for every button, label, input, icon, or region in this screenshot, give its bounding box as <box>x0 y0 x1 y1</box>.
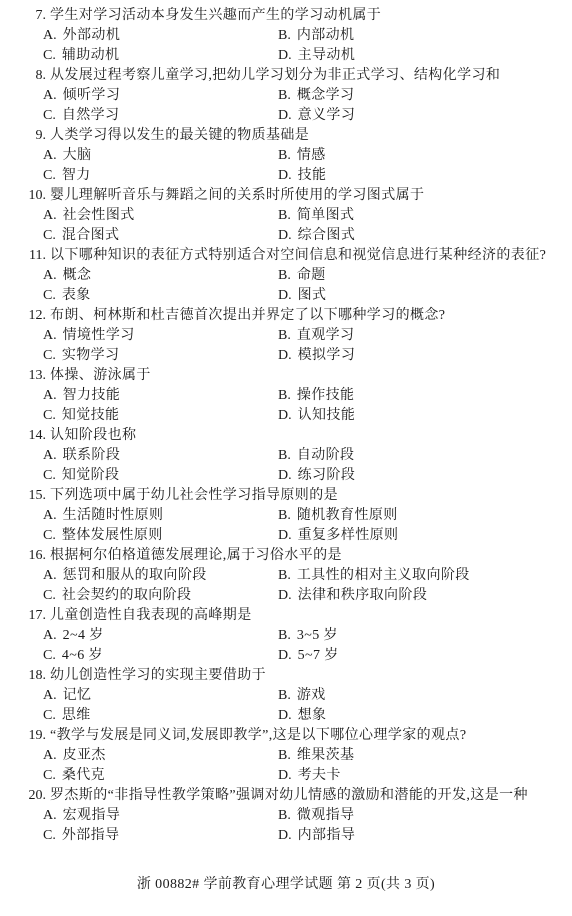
option-d-text: 练习阶段 <box>298 468 356 483</box>
option-c: C.4~6 岁 <box>43 646 278 666</box>
option-c: C.整体发展性原则 <box>43 526 278 546</box>
option-b-label: B. <box>278 508 291 523</box>
option-b: B.情感 <box>278 146 572 166</box>
option-a: A.联系阶段 <box>43 446 278 466</box>
question-text: 人类学习得以发生的最关键的物质基础是 <box>50 128 309 143</box>
option-a: A.生活随时性原则 <box>43 506 278 526</box>
option-b: B.维果茨基 <box>278 746 572 766</box>
option-d-text: 法律和秩序取向阶段 <box>298 588 428 603</box>
question-item: 11.以下哪种知识的表征方式特别适合对空间信息和视觉信息进行某种经济的表征? A… <box>0 246 572 306</box>
option-a-text: 情境性学习 <box>63 328 135 343</box>
question-item: 19.“教学与发展是同义词,发展即教学”,这是以下哪位心理学家的观点? A.皮亚… <box>0 726 572 786</box>
option-d: D.练习阶段 <box>278 466 572 486</box>
question-stem: 12.布朗、柯林斯和杜吉德首次提出并界定了以下哪种学习的概念? <box>0 306 572 326</box>
option-b-label: B. <box>278 568 291 583</box>
option-a-label: A. <box>43 508 57 523</box>
option-d-label: D. <box>278 348 292 363</box>
option-b: B.概念学习 <box>278 86 572 106</box>
question-stem: 18.幼儿创造性学习的实现主要借助于 <box>0 666 572 686</box>
option-b-text: 命题 <box>297 268 326 283</box>
option-d-text: 考夫卡 <box>298 768 341 783</box>
option-b: B.随机教育性原则 <box>278 506 572 526</box>
option-d: D.想象 <box>278 706 572 726</box>
question-number: 14. <box>0 426 46 446</box>
question-stem: 14.认知阶段也称 <box>0 426 572 446</box>
question-text: 从发展过程考察儿童学习,把幼儿学习划分为非正式学习、结构化学习和 <box>50 68 500 83</box>
option-b-text: 随机教育性原则 <box>297 508 398 523</box>
question-stem: 11.以下哪种知识的表征方式特别适合对空间信息和视觉信息进行某种经济的表征? <box>0 246 572 266</box>
option-grid: A.记忆 B.游戏 C.思维 D.想象 <box>43 686 572 726</box>
option-b-text: 微观指导 <box>297 808 355 823</box>
option-d-text: 主导动机 <box>298 48 356 63</box>
option-a-text: 2~4 岁 <box>63 628 104 643</box>
option-grid: A.宏观指导 B.微观指导 C.外部指导 D.内部指导 <box>43 806 572 846</box>
question-number: 8. <box>0 66 46 86</box>
question-text: 儿童创造性自我表现的高峰期是 <box>50 608 252 623</box>
option-d-label: D. <box>278 288 292 303</box>
option-a-text: 联系阶段 <box>63 448 121 463</box>
option-a: A.情境性学习 <box>43 326 278 346</box>
option-d-label: D. <box>278 648 292 663</box>
question-text: 罗杰斯的“非指导性教学策略”强调对幼儿情感的激励和潜能的开发,这是一种 <box>50 788 528 803</box>
option-c-text: 整体发展性原则 <box>62 528 163 543</box>
option-b-label: B. <box>278 808 291 823</box>
option-grid: A.生活随时性原则 B.随机教育性原则 C.整体发展性原则 D.重复多样性原则 <box>43 506 572 546</box>
option-b-label: B. <box>278 88 291 103</box>
option-grid: A.大脑 B.情感 C.智力 D.技能 <box>43 146 572 186</box>
question-text: 下列选项中属于幼儿社会性学习指导原则的是 <box>50 488 338 503</box>
question-number: 16. <box>0 546 46 566</box>
option-c-text: 外部指导 <box>62 828 120 843</box>
question-item: 18.幼儿创造性学习的实现主要借助于 A.记忆 B.游戏 C.思维 D.想象 <box>0 666 572 726</box>
option-a: A.宏观指导 <box>43 806 278 826</box>
question-stem: 16.根据柯尔伯格道德发展理论,属于习俗水平的是 <box>0 546 572 566</box>
option-a-label: A. <box>43 148 57 163</box>
option-grid: A.2~4 岁 B.3~5 岁 C.4~6 岁 D.5~7 岁 <box>43 626 572 666</box>
question-text: 以下哪种知识的表征方式特别适合对空间信息和视觉信息进行某种经济的表征? <box>50 248 546 263</box>
option-grid: A.社会性图式 B.简单图式 C.混合图式 D.综合图式 <box>43 206 572 246</box>
option-d-label: D. <box>278 528 292 543</box>
question-text: 体操、游泳属于 <box>50 368 151 383</box>
option-b-label: B. <box>278 148 291 163</box>
option-a: A.记忆 <box>43 686 278 706</box>
option-a-text: 社会性图式 <box>63 208 135 223</box>
option-d: D.内部指导 <box>278 826 572 846</box>
option-a-text: 记忆 <box>63 688 92 703</box>
option-b-text: 直观学习 <box>297 328 355 343</box>
option-a: A.智力技能 <box>43 386 278 406</box>
question-text: 布朗、柯林斯和杜吉德首次提出并界定了以下哪种学习的概念? <box>50 308 445 323</box>
exam-page: 7.学生对学习活动本身发生兴趣而产生的学习动机属于 A.外部动机 B.内部动机 … <box>0 0 572 916</box>
option-b: B.自动阶段 <box>278 446 572 466</box>
option-b: B.简单图式 <box>278 206 572 226</box>
option-d-label: D. <box>278 768 292 783</box>
option-c-text: 智力 <box>62 168 91 183</box>
option-a-label: A. <box>43 628 57 643</box>
option-b-text: 3~5 岁 <box>297 628 338 643</box>
question-number: 10. <box>0 186 46 206</box>
option-b-text: 内部动机 <box>297 28 355 43</box>
option-c: C.知觉阶段 <box>43 466 278 486</box>
option-b-label: B. <box>278 268 291 283</box>
option-grid: A.惩罚和服从的取向阶段 B.工具性的相对主义取向阶段 C.社会契约的取向阶段 … <box>43 566 572 606</box>
option-b-label: B. <box>278 448 291 463</box>
question-number: 18. <box>0 666 46 686</box>
option-a-text: 外部动机 <box>63 28 121 43</box>
option-a: A.倾听学习 <box>43 86 278 106</box>
option-a-text: 生活随时性原则 <box>63 508 164 523</box>
option-a-text: 惩罚和服从的取向阶段 <box>63 568 207 583</box>
option-c-label: C. <box>43 468 56 483</box>
option-a-text: 概念 <box>63 268 92 283</box>
option-a-label: A. <box>43 268 57 283</box>
option-d: D.综合图式 <box>278 226 572 246</box>
option-c-label: C. <box>43 408 56 423</box>
option-grid: A.情境性学习 B.直观学习 C.实物学习 D.模拟学习 <box>43 326 572 366</box>
question-item: 15.下列选项中属于幼儿社会性学习指导原则的是 A.生活随时性原则 B.随机教育… <box>0 486 572 546</box>
option-c: C.混合图式 <box>43 226 278 246</box>
option-c: C.知觉技能 <box>43 406 278 426</box>
option-c: C.桑代克 <box>43 766 278 786</box>
option-c-text: 思维 <box>62 708 91 723</box>
option-d-text: 模拟学习 <box>298 348 356 363</box>
option-c-label: C. <box>43 108 56 123</box>
option-c-label: C. <box>43 588 56 603</box>
option-d-label: D. <box>278 468 292 483</box>
question-text: “教学与发展是同义词,发展即教学”,这是以下哪位心理学家的观点? <box>50 728 466 743</box>
question-stem: 13.体操、游泳属于 <box>0 366 572 386</box>
question-number: 12. <box>0 306 46 326</box>
question-number: 9. <box>0 126 46 146</box>
option-d-label: D. <box>278 828 292 843</box>
option-d-label: D. <box>278 228 292 243</box>
option-d-label: D. <box>278 48 292 63</box>
option-b: B.直观学习 <box>278 326 572 346</box>
option-d: D.5~7 岁 <box>278 646 572 666</box>
option-a: A.社会性图式 <box>43 206 278 226</box>
option-a-text: 皮亚杰 <box>63 748 106 763</box>
option-d: D.法律和秩序取向阶段 <box>278 586 572 606</box>
question-item: 12.布朗、柯林斯和杜吉德首次提出并界定了以下哪种学习的概念? A.情境性学习 … <box>0 306 572 366</box>
question-text: 认知阶段也称 <box>50 428 136 443</box>
option-c-text: 4~6 岁 <box>62 648 103 663</box>
option-d-label: D. <box>278 408 292 423</box>
option-a: A.皮亚杰 <box>43 746 278 766</box>
option-b-text: 游戏 <box>297 688 326 703</box>
option-c-text: 知觉阶段 <box>62 468 120 483</box>
question-number: 20. <box>0 786 46 806</box>
option-c: C.外部指导 <box>43 826 278 846</box>
question-stem: 15.下列选项中属于幼儿社会性学习指导原则的是 <box>0 486 572 506</box>
option-d-text: 认知技能 <box>298 408 356 423</box>
question-stem: 20.罗杰斯的“非指导性教学策略”强调对幼儿情感的激励和潜能的开发,这是一种 <box>0 786 572 806</box>
question-stem: 17.儿童创造性自我表现的高峰期是 <box>0 606 572 626</box>
option-b-label: B. <box>278 388 291 403</box>
question-text: 学生对学习活动本身发生兴趣而产生的学习动机属于 <box>50 8 381 23</box>
option-c-label: C. <box>43 228 56 243</box>
option-b: B.工具性的相对主义取向阶段 <box>278 566 572 586</box>
option-grid: A.概念 B.命题 C.表象 D.图式 <box>43 266 572 306</box>
question-number: 11. <box>0 246 46 266</box>
question-stem: 7.学生对学习活动本身发生兴趣而产生的学习动机属于 <box>0 6 572 26</box>
option-a-text: 宏观指导 <box>63 808 121 823</box>
option-d-label: D. <box>278 168 292 183</box>
option-d-text: 5~7 岁 <box>298 648 339 663</box>
option-c-label: C. <box>43 768 56 783</box>
option-a-label: A. <box>43 28 57 43</box>
question-item: 13.体操、游泳属于 A.智力技能 B.操作技能 C.知觉技能 D.认知技能 <box>0 366 572 426</box>
question-item: 10.婴儿理解听音乐与舞蹈之间的关系时所使用的学习图式属于 A.社会性图式 B.… <box>0 186 572 246</box>
option-d-text: 重复多样性原则 <box>298 528 399 543</box>
option-b-text: 操作技能 <box>297 388 355 403</box>
option-c-label: C. <box>43 168 56 183</box>
option-c-label: C. <box>43 828 56 843</box>
option-a-label: A. <box>43 688 57 703</box>
question-item: 7.学生对学习活动本身发生兴趣而产生的学习动机属于 A.外部动机 B.内部动机 … <box>0 6 572 66</box>
option-d-text: 综合图式 <box>298 228 356 243</box>
option-b: B.3~5 岁 <box>278 626 572 646</box>
option-c-label: C. <box>43 288 56 303</box>
option-a: A.惩罚和服从的取向阶段 <box>43 566 278 586</box>
option-b-label: B. <box>278 628 291 643</box>
option-c-text: 混合图式 <box>62 228 120 243</box>
option-b-label: B. <box>278 28 291 43</box>
option-a-label: A. <box>43 388 57 403</box>
option-c-text: 表象 <box>62 288 91 303</box>
option-d: D.模拟学习 <box>278 346 572 366</box>
option-b-label: B. <box>278 208 291 223</box>
question-stem: 9.人类学习得以发生的最关键的物质基础是 <box>0 126 572 146</box>
option-b-text: 自动阶段 <box>297 448 355 463</box>
question-number: 19. <box>0 726 46 746</box>
option-d-text: 技能 <box>298 168 327 183</box>
option-a: A.2~4 岁 <box>43 626 278 646</box>
option-b-text: 情感 <box>297 148 326 163</box>
option-c: C.社会契约的取向阶段 <box>43 586 278 606</box>
option-c-text: 实物学习 <box>62 348 120 363</box>
option-a: A.外部动机 <box>43 26 278 46</box>
option-c-text: 自然学习 <box>62 108 120 123</box>
question-number: 17. <box>0 606 46 626</box>
option-b-text: 简单图式 <box>297 208 355 223</box>
question-number: 15. <box>0 486 46 506</box>
option-c-label: C. <box>43 348 56 363</box>
option-d: D.认知技能 <box>278 406 572 426</box>
option-c: C.自然学习 <box>43 106 278 126</box>
option-d-label: D. <box>278 588 292 603</box>
option-a-label: A. <box>43 88 57 103</box>
option-c-text: 知觉技能 <box>62 408 120 423</box>
option-b-text: 概念学习 <box>297 88 355 103</box>
option-a-text: 倾听学习 <box>63 88 121 103</box>
option-a-label: A. <box>43 808 57 823</box>
option-c-label: C. <box>43 48 56 63</box>
question-item: 20.罗杰斯的“非指导性教学策略”强调对幼儿情感的激励和潜能的开发,这是一种 A… <box>0 786 572 846</box>
question-item: 8.从发展过程考察儿童学习,把幼儿学习划分为非正式学习、结构化学习和 A.倾听学… <box>0 66 572 126</box>
option-d: D.主导动机 <box>278 46 572 66</box>
option-a-label: A. <box>43 448 57 463</box>
option-d: D.考夫卡 <box>278 766 572 786</box>
option-c-label: C. <box>43 528 56 543</box>
option-c: C.辅助动机 <box>43 46 278 66</box>
option-a-label: A. <box>43 328 57 343</box>
option-a: A.大脑 <box>43 146 278 166</box>
option-b-label: B. <box>278 748 291 763</box>
option-d: D.意义学习 <box>278 106 572 126</box>
option-c: C.实物学习 <box>43 346 278 366</box>
option-c-label: C. <box>43 708 56 723</box>
question-item: 16.根据柯尔伯格道德发展理论,属于习俗水平的是 A.惩罚和服从的取向阶段 B.… <box>0 546 572 606</box>
option-d-text: 意义学习 <box>298 108 356 123</box>
option-d: D.图式 <box>278 286 572 306</box>
option-c-text: 辅助动机 <box>62 48 120 63</box>
option-b: B.内部动机 <box>278 26 572 46</box>
option-a-label: A. <box>43 208 57 223</box>
option-c: C.思维 <box>43 706 278 726</box>
question-item: 17.儿童创造性自我表现的高峰期是 A.2~4 岁 B.3~5 岁 C.4~6 … <box>0 606 572 666</box>
option-b-label: B. <box>278 688 291 703</box>
option-a-text: 大脑 <box>63 148 92 163</box>
option-a: A.概念 <box>43 266 278 286</box>
option-b-label: B. <box>278 328 291 343</box>
option-grid: A.倾听学习 B.概念学习 C.自然学习 D.意义学习 <box>43 86 572 126</box>
option-c-text: 社会契约的取向阶段 <box>62 588 192 603</box>
question-text: 婴儿理解听音乐与舞蹈之间的关系时所使用的学习图式属于 <box>50 188 424 203</box>
question-number: 13. <box>0 366 46 386</box>
option-c-label: C. <box>43 648 56 663</box>
option-b-text: 维果茨基 <box>297 748 355 763</box>
option-d: D.重复多样性原则 <box>278 526 572 546</box>
option-d: D.技能 <box>278 166 572 186</box>
option-a-label: A. <box>43 568 57 583</box>
option-b: B.操作技能 <box>278 386 572 406</box>
option-grid: A.皮亚杰 B.维果茨基 C.桑代克 D.考夫卡 <box>43 746 572 786</box>
question-item: 9.人类学习得以发生的最关键的物质基础是 A.大脑 B.情感 C.智力 D.技能 <box>0 126 572 186</box>
option-grid: A.智力技能 B.操作技能 C.知觉技能 D.认知技能 <box>43 386 572 426</box>
option-d-text: 图式 <box>298 288 327 303</box>
option-grid: A.联系阶段 B.自动阶段 C.知觉阶段 D.练习阶段 <box>43 446 572 486</box>
option-b: B.命题 <box>278 266 572 286</box>
question-item: 14.认知阶段也称 A.联系阶段 B.自动阶段 C.知觉阶段 D.练习阶段 <box>0 426 572 486</box>
question-number: 7. <box>0 6 46 26</box>
option-d-label: D. <box>278 108 292 123</box>
question-stem: 10.婴儿理解听音乐与舞蹈之间的关系时所使用的学习图式属于 <box>0 186 572 206</box>
option-c-text: 桑代克 <box>62 768 105 783</box>
page-footer: 浙 00882# 学前教育心理学试题 第 2 页(共 3 页) <box>0 875 572 895</box>
option-c: C.表象 <box>43 286 278 306</box>
question-list: 7.学生对学习活动本身发生兴趣而产生的学习动机属于 A.外部动机 B.内部动机 … <box>0 6 572 846</box>
option-b-text: 工具性的相对主义取向阶段 <box>297 568 470 583</box>
question-text: 幼儿创造性学习的实现主要借助于 <box>50 668 266 683</box>
question-stem: 19.“教学与发展是同义词,发展即教学”,这是以下哪位心理学家的观点? <box>0 726 572 746</box>
option-a-text: 智力技能 <box>63 388 121 403</box>
option-b: B.游戏 <box>278 686 572 706</box>
option-c: C.智力 <box>43 166 278 186</box>
option-d-label: D. <box>278 708 292 723</box>
option-a-label: A. <box>43 748 57 763</box>
option-b: B.微观指导 <box>278 806 572 826</box>
option-grid: A.外部动机 B.内部动机 C.辅助动机 D.主导动机 <box>43 26 572 66</box>
option-d-text: 想象 <box>298 708 327 723</box>
question-text: 根据柯尔伯格道德发展理论,属于习俗水平的是 <box>50 548 342 563</box>
footer-text: 浙 00882# 学前教育心理学试题 第 2 页(共 3 页) <box>137 877 435 892</box>
option-d-text: 内部指导 <box>298 828 356 843</box>
question-stem: 8.从发展过程考察儿童学习,把幼儿学习划分为非正式学习、结构化学习和 <box>0 66 572 86</box>
